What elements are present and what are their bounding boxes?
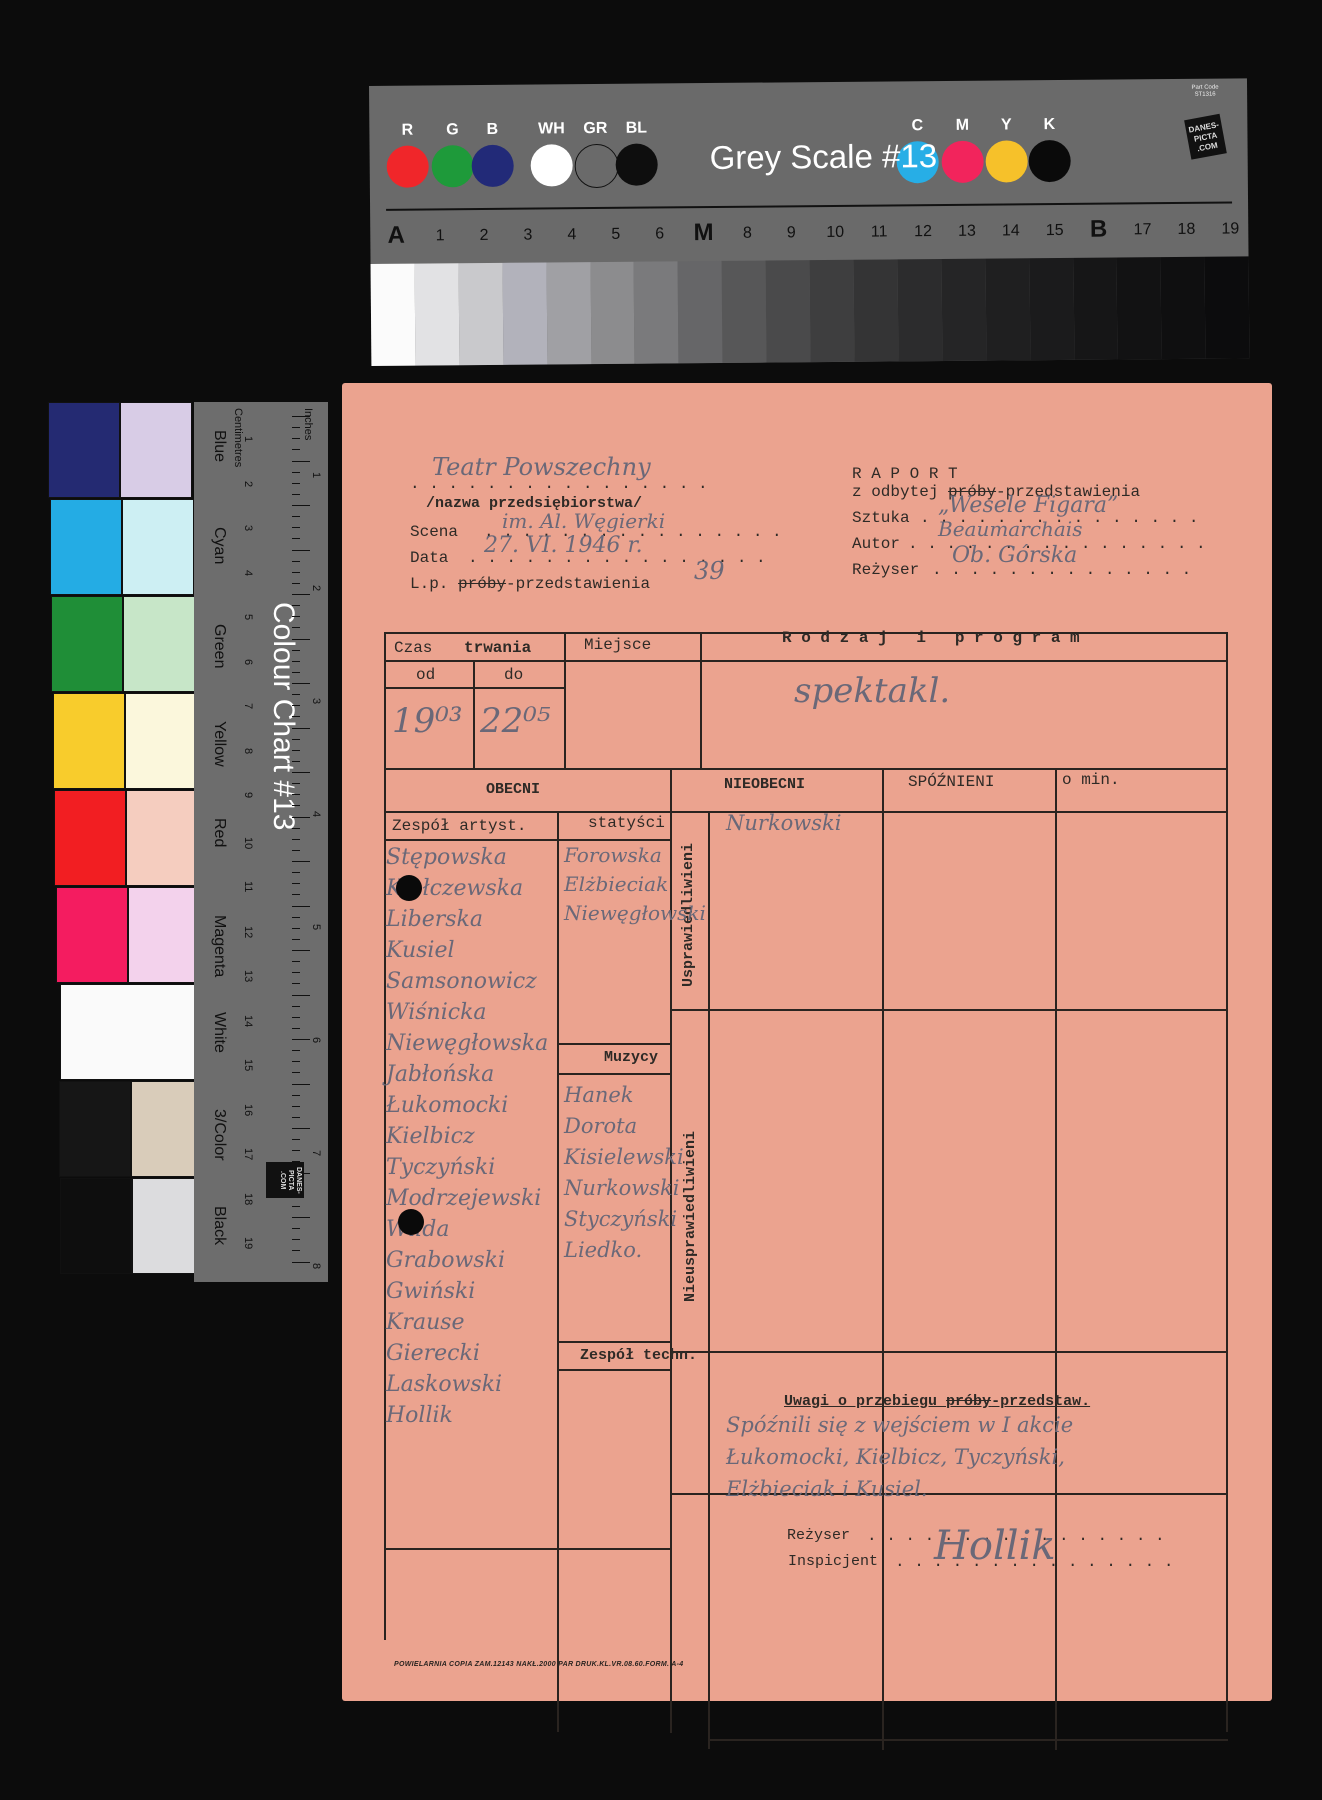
nieusprawiedliwieni-label: Nieusprawiedliwieni	[682, 1111, 699, 1321]
handwritten-name: Elżbieciak	[564, 872, 668, 896]
cm-label: 4	[242, 570, 254, 576]
ruler-tick	[292, 783, 300, 784]
ruler-tick	[292, 983, 300, 984]
ruler-tick	[292, 872, 300, 873]
ruler: BlueCyanGreenYellowRedMagentaWhite3/Colo…	[194, 402, 328, 1282]
ruler-tick	[292, 1128, 310, 1129]
ruler-tick	[292, 661, 300, 662]
grey-patch	[810, 260, 855, 362]
color-dot-r	[387, 145, 429, 187]
handwritten-name: Łukomocki, Kielbicz, Tyczyński,	[726, 1445, 1065, 1469]
od-value: 19⁰³	[392, 701, 463, 741]
ruler-tick	[292, 739, 300, 740]
ruler-tick	[292, 627, 300, 628]
divider	[386, 201, 1232, 210]
ruler-tick	[292, 906, 310, 907]
czas-label: Czas	[394, 639, 432, 657]
scena-label: Scena	[410, 523, 458, 541]
dot-label-bl: BL	[615, 119, 657, 137]
ruler-tick	[292, 1228, 300, 1229]
cm-label: 10	[242, 837, 254, 849]
grey-patch	[941, 259, 986, 361]
do-label: do	[504, 666, 523, 684]
scale-label: B	[1082, 215, 1116, 243]
grey-patch	[854, 259, 899, 361]
scale-label: 11	[862, 223, 896, 241]
ruler-tick	[292, 505, 310, 506]
cm-label: 19	[242, 1237, 254, 1249]
grey-patch	[458, 263, 503, 365]
colour-name: Magenta	[210, 915, 228, 977]
ruler-tick	[292, 1061, 300, 1062]
ruler-tick	[292, 449, 300, 450]
ruler-tick	[292, 1006, 300, 1007]
ruler-tick	[292, 961, 300, 962]
uwagi-label: Uwagi o przebiegu próby-przedstaw.	[784, 1393, 1090, 1410]
handwritten-name: Nurkowski	[564, 1176, 680, 1200]
grid-line	[708, 1739, 1228, 1741]
color-dot-b	[472, 145, 514, 187]
dot-label-wh: WH	[530, 120, 572, 138]
rodzaj-program-value: spektakl.	[794, 671, 950, 711]
color-dot-y	[986, 140, 1028, 182]
handwritten-name: Niewęgłowska	[386, 1031, 548, 1056]
ruler-tick	[292, 427, 300, 428]
grid-line	[882, 768, 884, 1750]
ruler-tick	[292, 672, 300, 673]
ruler-tick	[292, 1039, 310, 1040]
ruler-tick	[292, 828, 300, 829]
muzycy-label: Muzycy	[604, 1049, 658, 1066]
grey-scale-card: RGBWHGRBLCMYK Grey Scale #13 Part Code S…	[369, 78, 1249, 366]
ruler-tick	[292, 683, 310, 684]
color-dot-wh	[531, 144, 573, 186]
cm-label: 3	[242, 525, 254, 531]
ruler-tick	[292, 883, 300, 884]
cm-label: 9	[242, 792, 254, 798]
swatch-blue-tint	[120, 402, 192, 498]
color-dot-m	[942, 141, 984, 183]
scale-label: 4	[555, 226, 589, 244]
grey-patch	[590, 262, 635, 364]
lp-label: L.p. próby-przedstawienia	[410, 575, 650, 593]
ruler-tick	[292, 1139, 300, 1140]
handwritten-name: Spóźnili się z wejściem w I akcie	[726, 1413, 1073, 1437]
handwritten-name: Liedko.	[564, 1238, 642, 1262]
scale-label: 19	[1213, 220, 1247, 238]
handwritten-name: Hollik	[386, 1403, 453, 1428]
dot-label-y: Y	[985, 116, 1027, 134]
swatch-3-color-tint	[131, 1081, 203, 1177]
ruler-tick	[292, 605, 300, 606]
colour-name: Black	[210, 1206, 228, 1245]
do-value: 22⁰⁵	[480, 701, 551, 741]
ruler-tick	[292, 917, 300, 918]
ruler-tick	[292, 516, 300, 517]
ruler-tick	[292, 616, 300, 617]
rodzaj-program-label: R o d z a j i p r o g r a m	[782, 629, 1080, 647]
grid-line	[700, 632, 702, 768]
cm-label: 13	[242, 970, 254, 982]
grid-line	[557, 1073, 670, 1075]
swatch-cyan-solid	[50, 499, 122, 595]
ruler-tick	[292, 839, 300, 840]
grid-line	[1226, 632, 1228, 1732]
grid-line	[708, 811, 710, 1749]
grid-line	[557, 1369, 670, 1371]
signature-rezyser-label: Reżyser	[787, 1527, 850, 1544]
swatch-green-tint	[123, 596, 195, 692]
ruler-tick	[292, 438, 300, 439]
ruler-tick	[292, 1017, 300, 1018]
scale-label: 8	[730, 225, 764, 243]
scale-label: 15	[1038, 222, 1072, 240]
grey-scale-strip	[371, 256, 1250, 366]
ruler-tick	[292, 750, 300, 751]
colour-name: Cyan	[210, 527, 228, 564]
handwritten-name: Liberska	[386, 907, 483, 932]
ruler-tick	[292, 1095, 300, 1096]
signature-inspicjent-label: Inspicjent	[788, 1553, 878, 1570]
ruler-tick	[292, 694, 300, 695]
lp-value: 39	[694, 557, 725, 585]
inches-label: Inches	[302, 408, 314, 440]
handwritten-name: Tyczyński	[386, 1155, 495, 1180]
grey-patch	[371, 264, 416, 366]
scale-label: 3	[511, 226, 545, 244]
scale-label: 10	[818, 224, 852, 242]
ruler-tick	[292, 861, 310, 862]
swatch-magenta-solid	[56, 887, 128, 983]
grey-patch	[985, 258, 1030, 360]
handwritten-name: Kisielewski	[564, 1145, 684, 1169]
inch-label: 5	[310, 924, 322, 930]
handwritten-name: Samsonowicz	[386, 969, 537, 994]
rehearsal-report-form: Teatr Powszechny . . . . . . . . . . . .…	[342, 383, 1272, 1701]
scena-value: im. Al. Węgierki	[502, 509, 665, 533]
report-title: R A P O R T	[852, 465, 958, 483]
grey-patch	[502, 262, 547, 364]
colour-name: Red	[210, 818, 228, 847]
grey-patch	[1161, 257, 1206, 359]
color-dot-g	[432, 145, 474, 187]
scale-label: 12	[906, 223, 940, 241]
zespol-artyst-label: Zespół artyst.	[392, 817, 526, 835]
inch-label: 3	[310, 698, 322, 704]
handwritten-name: Laskowski	[386, 1372, 502, 1397]
company-dots: . . . . . . . . . . . . . . . .	[410, 475, 708, 493]
grid-line	[384, 660, 1228, 662]
ruler-tick	[292, 728, 310, 729]
nieobecni-label: NIEOBECNI	[724, 776, 805, 793]
cm-label: 5	[242, 614, 254, 620]
ruler-tick	[292, 1262, 310, 1263]
ruler-tick	[292, 1217, 310, 1218]
ruler-tick	[292, 1028, 300, 1029]
spoznieni-label: SPÓŹNIENI	[908, 773, 994, 791]
colour-chart-card: BlueCyanGreenYellowRedMagentaWhite3/Colo…	[48, 402, 328, 1282]
ruler-tick	[292, 572, 300, 573]
ruler-tick	[292, 561, 300, 562]
handwritten-name: Krause	[386, 1310, 465, 1335]
statysci-label: statyści	[588, 814, 665, 832]
scale-label: 9	[774, 224, 808, 242]
colour-name: 3/Color	[210, 1109, 228, 1161]
dot-label-k: K	[1028, 116, 1070, 134]
handwritten-name: Jabłońska	[386, 1062, 494, 1087]
ruler-tick	[292, 550, 310, 551]
cm-label: 16	[242, 1104, 254, 1116]
ruler-tick	[292, 483, 300, 484]
color-reference-dots: RGBWHGRBLCMYK	[369, 78, 1247, 86]
ruler-tick	[292, 1206, 300, 1207]
sztuka-label: Sztuka	[852, 509, 910, 527]
grey-patch	[722, 261, 767, 363]
punch-hole	[396, 875, 422, 901]
punch-hole	[398, 1209, 424, 1235]
ruler-tick	[292, 538, 300, 539]
scale-label: 1	[423, 227, 457, 245]
swatch-3-color-solid	[59, 1081, 131, 1177]
ruler-tick	[292, 928, 300, 929]
grid-line	[384, 839, 670, 841]
cm-label: 6	[242, 659, 254, 665]
ruler-tick	[292, 583, 300, 584]
ruler-tick	[292, 894, 300, 895]
inch-label: 2	[310, 585, 322, 591]
color-dot-gr	[575, 144, 619, 188]
grey-patch	[546, 262, 591, 364]
ruler-tick	[292, 705, 300, 706]
scale-label: 14	[994, 222, 1028, 240]
ruler-tick	[292, 805, 300, 806]
obecni-label: OBECNI	[486, 781, 540, 798]
miejsce-label: Miejsce	[584, 636, 651, 654]
colour-name: Green	[210, 624, 228, 668]
ruler-tick	[292, 650, 300, 651]
ruler-tick	[292, 494, 300, 495]
handwritten-name: Dorota	[564, 1114, 637, 1138]
ruler-tick	[292, 527, 300, 528]
o-min-label: o min.	[1062, 771, 1120, 789]
dot-label-b: B	[471, 121, 513, 139]
trwania-label: trwania	[464, 639, 531, 657]
ruler-tick	[292, 472, 300, 473]
handwritten-name: Styczyński	[564, 1207, 677, 1231]
colour-name: Blue	[210, 430, 228, 462]
swatch-cyan-tint	[122, 499, 194, 595]
danes-picta-logo: DANES-PICTA .COM	[1184, 114, 1227, 160]
ruler-tick	[292, 1239, 300, 1240]
cm-label: 11	[242, 881, 254, 892]
grey-patch	[1117, 257, 1162, 359]
od-label: od	[416, 666, 435, 684]
handwritten-name: Nurkowski	[726, 811, 842, 835]
handwritten-name: Niewęgłowski	[564, 901, 706, 925]
print-footer: POWIELARNIA COPIA ZAM.12143 NAKŁ.2000 PA…	[394, 1661, 683, 1668]
cm-label: 7	[242, 703, 254, 709]
inch-label: 6	[310, 1037, 322, 1043]
handwritten-name: Gwiński	[386, 1279, 475, 1304]
scale-label: 13	[950, 223, 984, 241]
ruler-tick	[292, 950, 310, 951]
grey-patch	[766, 260, 811, 362]
inch-label: 4	[310, 811, 322, 817]
handwritten-name: Grabowski	[386, 1248, 505, 1273]
ruler-tick	[292, 639, 310, 640]
grid-line	[670, 1009, 1228, 1011]
data-label: Data	[410, 549, 448, 567]
inch-label: 7	[310, 1150, 322, 1156]
ruler-tick	[292, 1106, 300, 1107]
ruler-tick	[292, 850, 300, 851]
grey-scale-labels: A123456M89101112131415B171819	[369, 78, 1247, 86]
dot-label-c: C	[896, 117, 938, 135]
handwritten-name: Stępowska	[386, 845, 507, 870]
data-value: 27. VI. 1946 r.	[484, 533, 643, 558]
ruler-tick	[292, 794, 300, 795]
ruler-tick	[292, 972, 300, 973]
scale-label: 2	[467, 227, 501, 245]
ruler-tick	[292, 1150, 300, 1151]
ruler-tick	[292, 1050, 300, 1051]
signature-value: Hollik	[934, 1523, 1056, 1569]
swatch-red-solid	[54, 790, 126, 886]
color-dot-bl	[616, 143, 658, 185]
ruler-tick	[292, 939, 300, 940]
scale-label: 18	[1169, 221, 1203, 239]
inch-label: 1	[310, 472, 322, 478]
cm-label: 8	[242, 748, 254, 754]
grid-line	[564, 632, 566, 768]
scale-label: 17	[1125, 221, 1159, 239]
cm-label: 17	[242, 1148, 254, 1160]
ruler-tick	[292, 1084, 310, 1085]
ruler-tick	[292, 461, 310, 462]
ruler-tick	[292, 716, 300, 717]
grid-line	[670, 1351, 1228, 1353]
cm-label: 18	[242, 1193, 254, 1205]
autor-value: Beaumarchais	[938, 517, 1082, 541]
ruler-tick	[292, 1072, 300, 1073]
grey-patch	[1205, 256, 1250, 358]
cm-label: 14	[242, 1015, 254, 1027]
danes-picta-logo: DANES-PICTA .COM	[266, 1162, 304, 1198]
part-code: Part Code ST1316	[1185, 85, 1225, 99]
cm-label: 12	[242, 926, 254, 938]
grey-patch	[678, 261, 723, 363]
grey-patch	[414, 263, 459, 365]
ruler-tick	[292, 995, 310, 996]
dot-label-m: M	[941, 117, 983, 135]
handwritten-name: Wiśnicka	[386, 1000, 487, 1025]
dot-label-gr: GR	[574, 120, 616, 138]
grid-line	[384, 1548, 670, 1550]
inch-label: 8	[310, 1263, 322, 1269]
grid-line	[557, 1043, 670, 1045]
swatch-yellow-solid	[53, 693, 125, 789]
cm-label: 1	[242, 436, 254, 442]
colour-name: Yellow	[210, 721, 228, 767]
grey-patch	[897, 259, 942, 361]
zespol-techn-label: Zespół techn.	[580, 1347, 697, 1364]
handwritten-name: Łukomocki	[386, 1093, 508, 1118]
dot-label-r: R	[386, 121, 428, 139]
scale-label: M	[686, 219, 720, 247]
colour-name: White	[210, 1012, 228, 1053]
ruler-tick	[292, 772, 310, 773]
ruler-tick	[292, 1250, 300, 1251]
handwritten-name: Modrzejewski	[386, 1186, 541, 1211]
scale-label: 6	[643, 225, 677, 243]
swatch-blue-solid	[48, 402, 120, 498]
swatch-black-solid	[60, 1178, 132, 1274]
ruler-tick	[292, 416, 310, 417]
grid-line	[384, 768, 1228, 770]
ruler-tick	[292, 761, 300, 762]
ruler-tick	[292, 1117, 300, 1118]
autor-label: Autor	[852, 535, 900, 553]
handwritten-name: Gierecki	[386, 1341, 480, 1366]
grey-patch	[1073, 257, 1118, 359]
scale-label: 5	[599, 226, 633, 244]
grid-line	[557, 811, 559, 1732]
cm-label: 2	[242, 481, 254, 487]
swatch-green-solid	[51, 596, 123, 692]
scale-label: A	[379, 222, 413, 250]
grid-line	[1055, 768, 1057, 1750]
grid-line	[557, 1341, 670, 1343]
swatch-red-tint	[126, 790, 198, 886]
cm-label: 15	[242, 1059, 254, 1071]
handwritten-name: Kielbicz	[386, 1124, 475, 1149]
ruler-tick	[292, 594, 310, 595]
handwritten-name: Kusiel	[386, 938, 455, 963]
grey-scale-title: Grey Scale #13	[709, 137, 937, 177]
grey-patch	[634, 261, 679, 363]
handwritten-name: Forowska	[564, 843, 662, 867]
swatch-yellow-tint	[125, 693, 197, 789]
swatch-white	[60, 984, 204, 1080]
grey-patch	[1029, 258, 1074, 360]
grid-line	[473, 660, 475, 768]
swatch-magenta-tint	[128, 887, 200, 983]
color-dot-k	[1028, 140, 1070, 182]
ruler-tick	[292, 817, 310, 818]
sztuka-value: „Wesele Figara”	[938, 493, 1118, 518]
dot-label-g: G	[431, 121, 473, 139]
handwritten-name: Hanek	[564, 1083, 634, 1107]
rezyser-label: Reżyser	[852, 561, 919, 579]
handwritten-name: Elżbieciak i Kusiel.	[726, 1477, 928, 1501]
rezyser-value: Ob. Górska	[952, 543, 1077, 568]
